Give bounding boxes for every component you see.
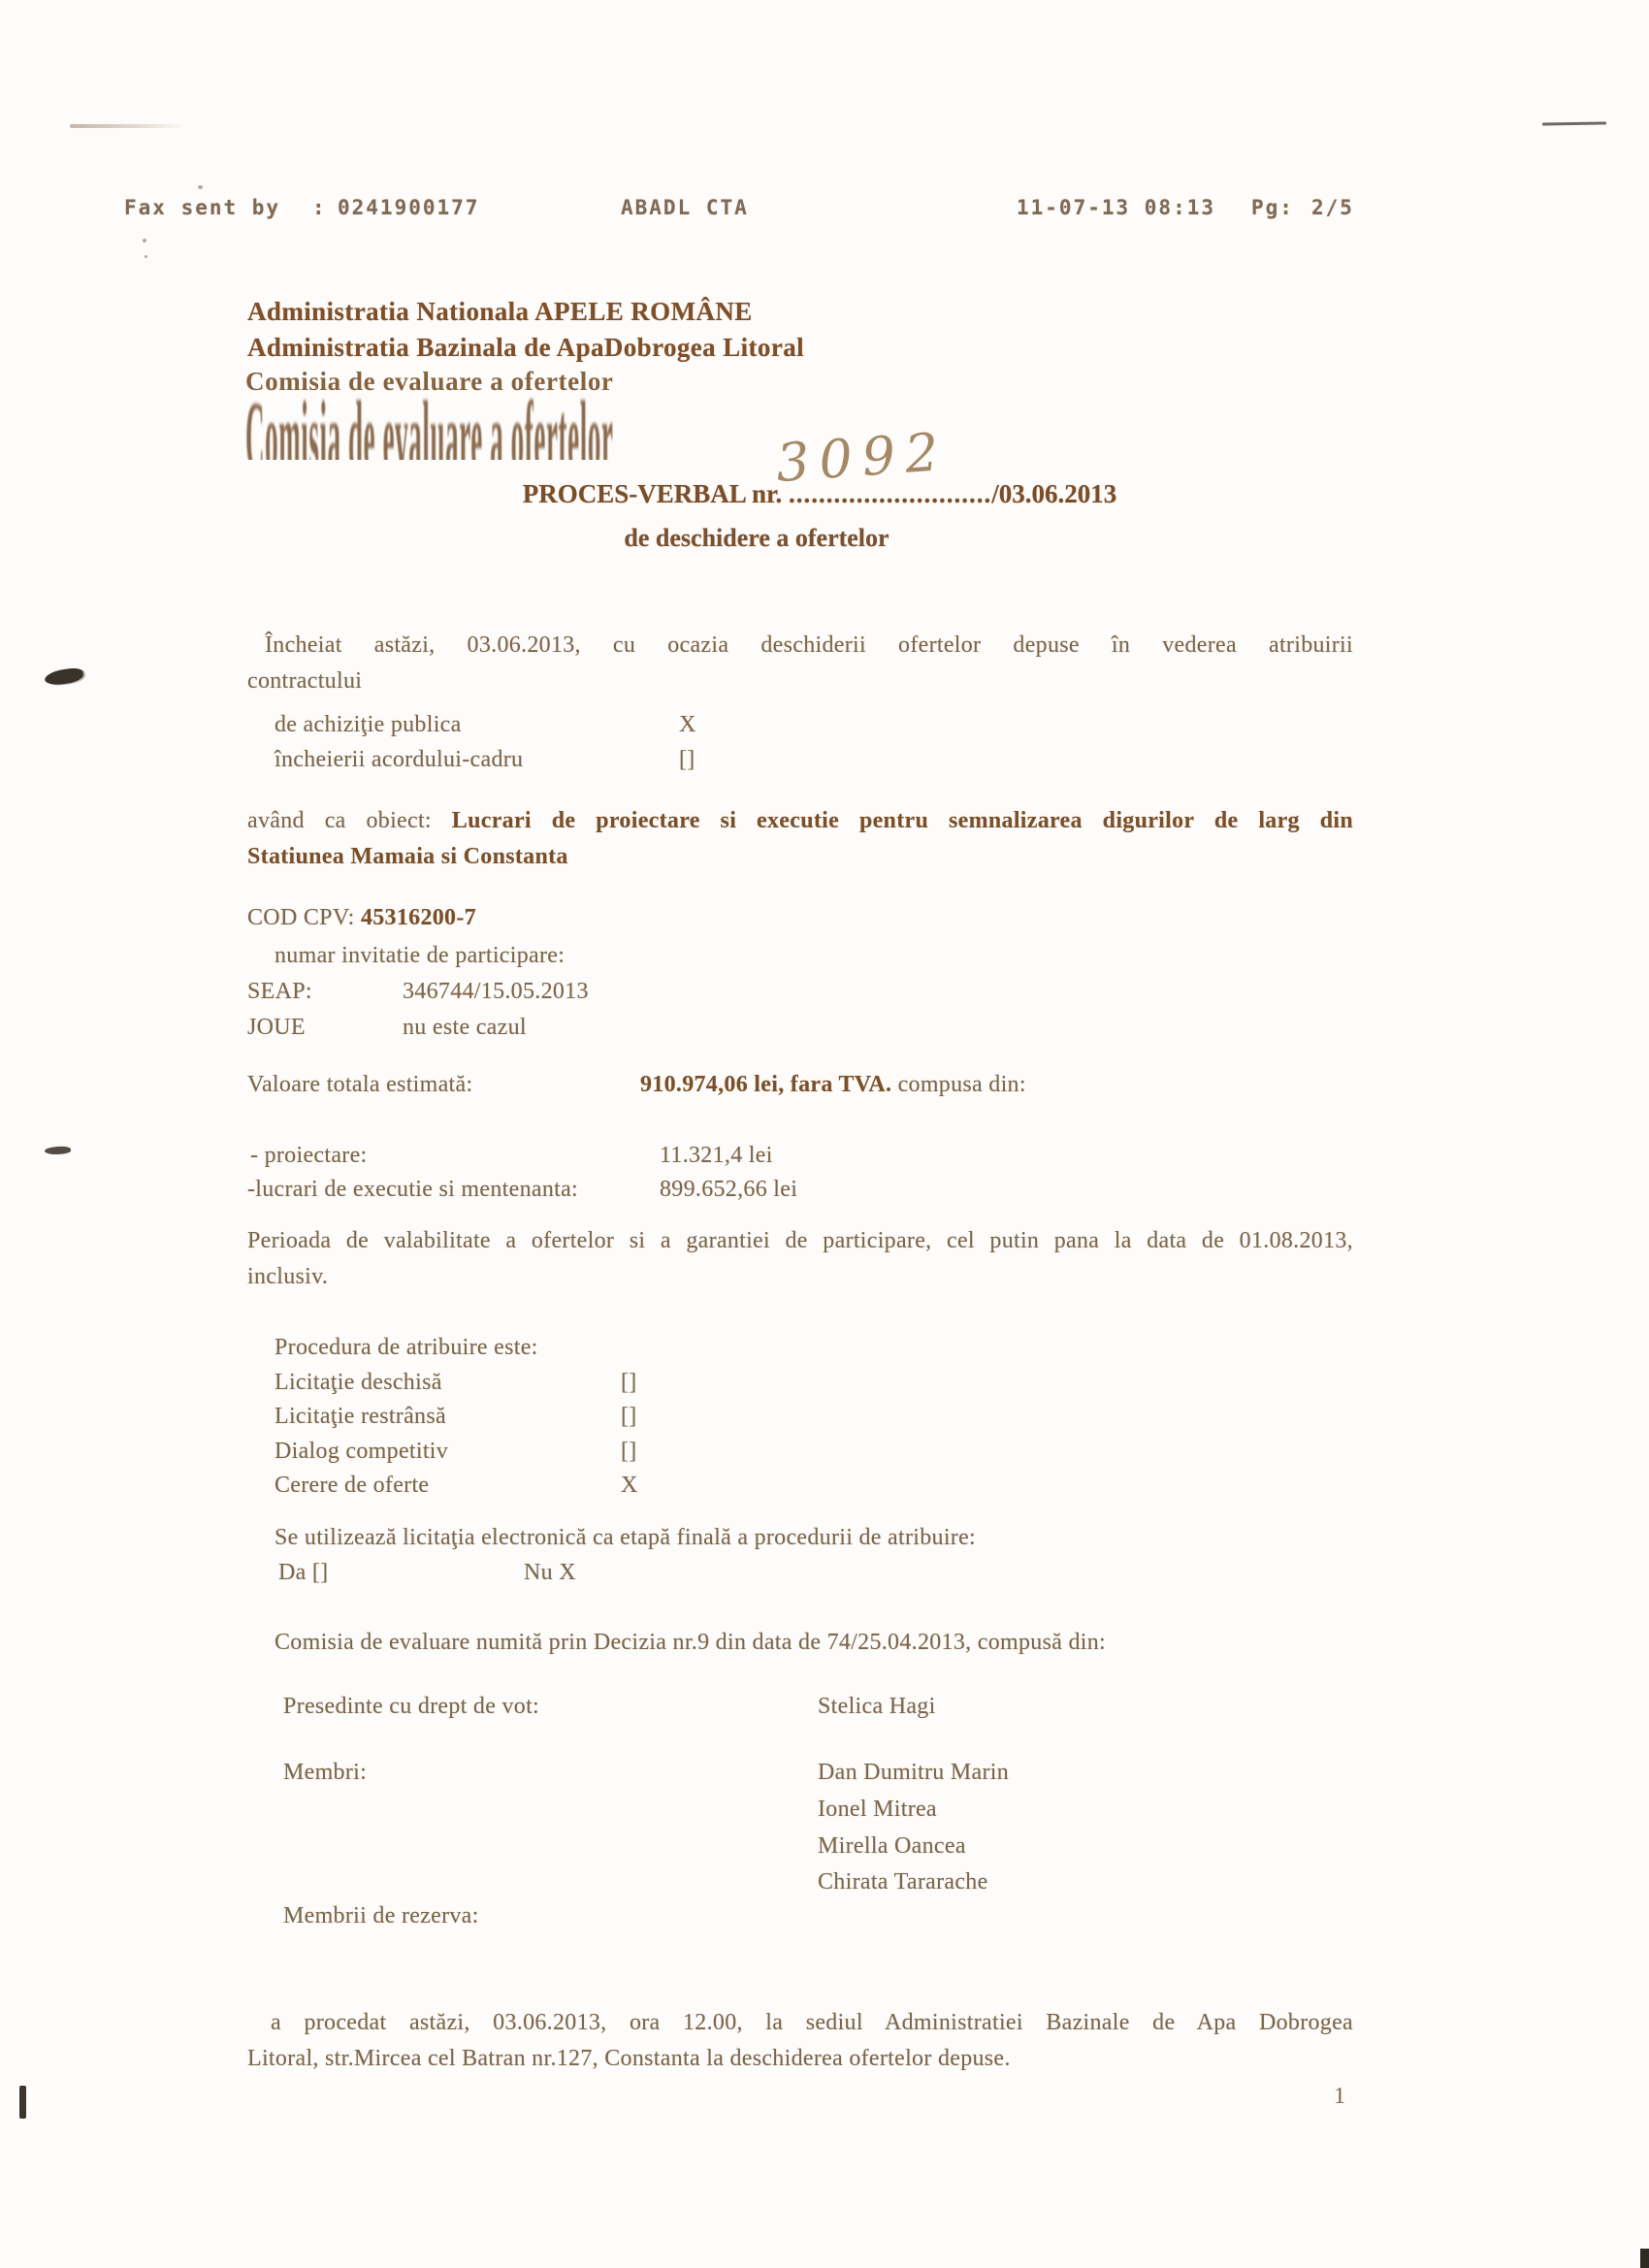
procedure-option-restricted-mark: [] (621, 1404, 637, 1430)
procedure-heading: Procedura de atribuire este: (275, 1335, 538, 1361)
fax-colon: : (312, 196, 327, 219)
cpv-code: 45316200-7 (361, 905, 476, 930)
members-label: Membri: (283, 1760, 367, 1786)
intro-paragraph-line2: contractului (247, 668, 362, 695)
scanned-fax-document: Fax sent by : 0241900177 ABADL CTA 11-07… (0, 0, 1649, 2268)
electronic-auction-no: Nu X (524, 1560, 576, 1586)
speck-artifact (145, 255, 147, 258)
title-suffix: /03.06.2013 (991, 479, 1116, 508)
contract-type-option-mark: X (679, 712, 696, 738)
procedure-option-dialog-label: Dialog competitiv (275, 1439, 448, 1465)
estimate-suffix: compusa din: (891, 1072, 1026, 1097)
invitation-heading: numar invitatie de participare: (275, 943, 565, 969)
procedure-option-dialog-mark: [] (621, 1439, 637, 1465)
object-prefix: având ca obiect: (247, 808, 452, 833)
procedure-option-open-label: Licitaţie deschisă (275, 1370, 442, 1396)
contract-type-option-label: de achiziţie publica (275, 712, 462, 738)
fax-station-id: ABADL CTA (621, 196, 749, 219)
ink-smudge-blob (44, 666, 84, 686)
object-line1: având ca obiect: Lucrari de proiectare s… (247, 808, 1353, 834)
document-subtitle: de deschidere a ofertelor (247, 524, 1266, 553)
joue-value: nu este cazul (403, 1015, 527, 1041)
cpv-label: COD CPV: (247, 905, 361, 930)
electronic-auction-question: Se utilizează licitaţia electronică ca e… (275, 1525, 976, 1551)
fax-page-count: 2/5 (1311, 196, 1354, 219)
ink-bar-mark (19, 2086, 26, 2119)
electronic-auction-yes: Da [] (278, 1560, 328, 1586)
commission-intro: Comisia de evaluare numită prin Decizia … (275, 1630, 1106, 1656)
member-name: Dan Dumitru Marin (818, 1760, 1009, 1786)
framework-option-label: încheierii acordului-cadru (275, 747, 523, 773)
procedure-option-open-mark: [] (621, 1370, 637, 1396)
seap-value: 346744/15.05.2013 (403, 979, 589, 1005)
procedure-option-offers-mark: X (621, 1473, 638, 1499)
speck-artifact (198, 185, 203, 189)
scan-corner-artifact (1640, 2249, 1649, 2268)
speck-artifact (143, 239, 146, 243)
handwritten-registration-number: 3092 (774, 421, 950, 494)
org-name-line1: Administratia Nationala APELE ROMÂNE (247, 297, 753, 327)
president-name: Stelica Hagi (818, 1694, 936, 1720)
design-cost-value: 11.321,4 lei (660, 1143, 773, 1169)
validity-line2: inclusiv. (247, 1264, 328, 1290)
estimate-label: Valoare totala estimată: (247, 1072, 472, 1098)
seap-label: SEAP: (247, 979, 312, 1005)
estimate-value-row: 910.974,06 lei, fara TVA. compusa din: (640, 1072, 1026, 1098)
page-number: 1 (1334, 2084, 1345, 2110)
object-bold-part2: Statiunea Mamaia si Constanta (247, 844, 568, 870)
procedure-option-restricted-label: Licitaţie restrânsă (275, 1404, 446, 1430)
member-name: Mirella Oancea (818, 1833, 966, 1860)
estimate-bold-value: 910.974,06 lei, fara TVA. (640, 1072, 891, 1097)
closing-line1: a procedat astăzi, 03.06.2013, ora 12.00… (247, 2010, 1353, 2036)
scan-streak-artifact (70, 124, 186, 128)
org-name-line2: Administratia Bazinala de ApaDobrogea Li… (247, 333, 804, 363)
committee-line-smear-artifact: Comisia de evaluare a ofertelor (245, 380, 614, 460)
fax-page-label: Pg: (1251, 196, 1294, 219)
validity-line1: Perioada de valabilitate a ofertelor si … (247, 1228, 1353, 1254)
member-name: Chirata Tararache (818, 1869, 988, 1895)
design-cost-label: - proiectare: (250, 1143, 368, 1169)
title-prefix: PROCES-VERBAL nr. (523, 479, 789, 508)
president-label: Presedinte cu drept de vot: (283, 1694, 539, 1720)
member-name: Ionel Mitrea (818, 1797, 937, 1823)
object-bold-part1: Lucrari de proiectare si executie pentru… (452, 808, 1353, 833)
joue-label: JOUE (247, 1015, 306, 1041)
execution-cost-label: -lucrari de executie si mentenanta: (247, 1177, 578, 1203)
intro-paragraph-line1: Încheiat astăzi, 03.06.2013, cu ocazia d… (247, 632, 1353, 659)
closing-line2: Litoral, str.Mircea cel Batran nr.127, C… (247, 2046, 1011, 2072)
fax-datetime: 11-07-13 08:13 (1017, 196, 1215, 219)
framework-option-mark: [] (679, 747, 695, 773)
execution-cost-value: 899.652,66 lei (660, 1177, 797, 1203)
fax-number: 0241900177 (338, 196, 479, 219)
committee-line-smeared: Comisia de evaluare a ofertelor Comisia … (245, 367, 827, 460)
reserve-members-label: Membrii de rezerva: (283, 1903, 479, 1929)
cpv-row: COD CPV: 45316200-7 (247, 905, 476, 931)
scan-line-artifact (1542, 121, 1606, 125)
procedure-option-offers-label: Cerere de oferte (275, 1473, 429, 1499)
fax-sent-by-label: Fax sent by (124, 196, 280, 219)
ink-dash-mark (45, 1146, 71, 1155)
